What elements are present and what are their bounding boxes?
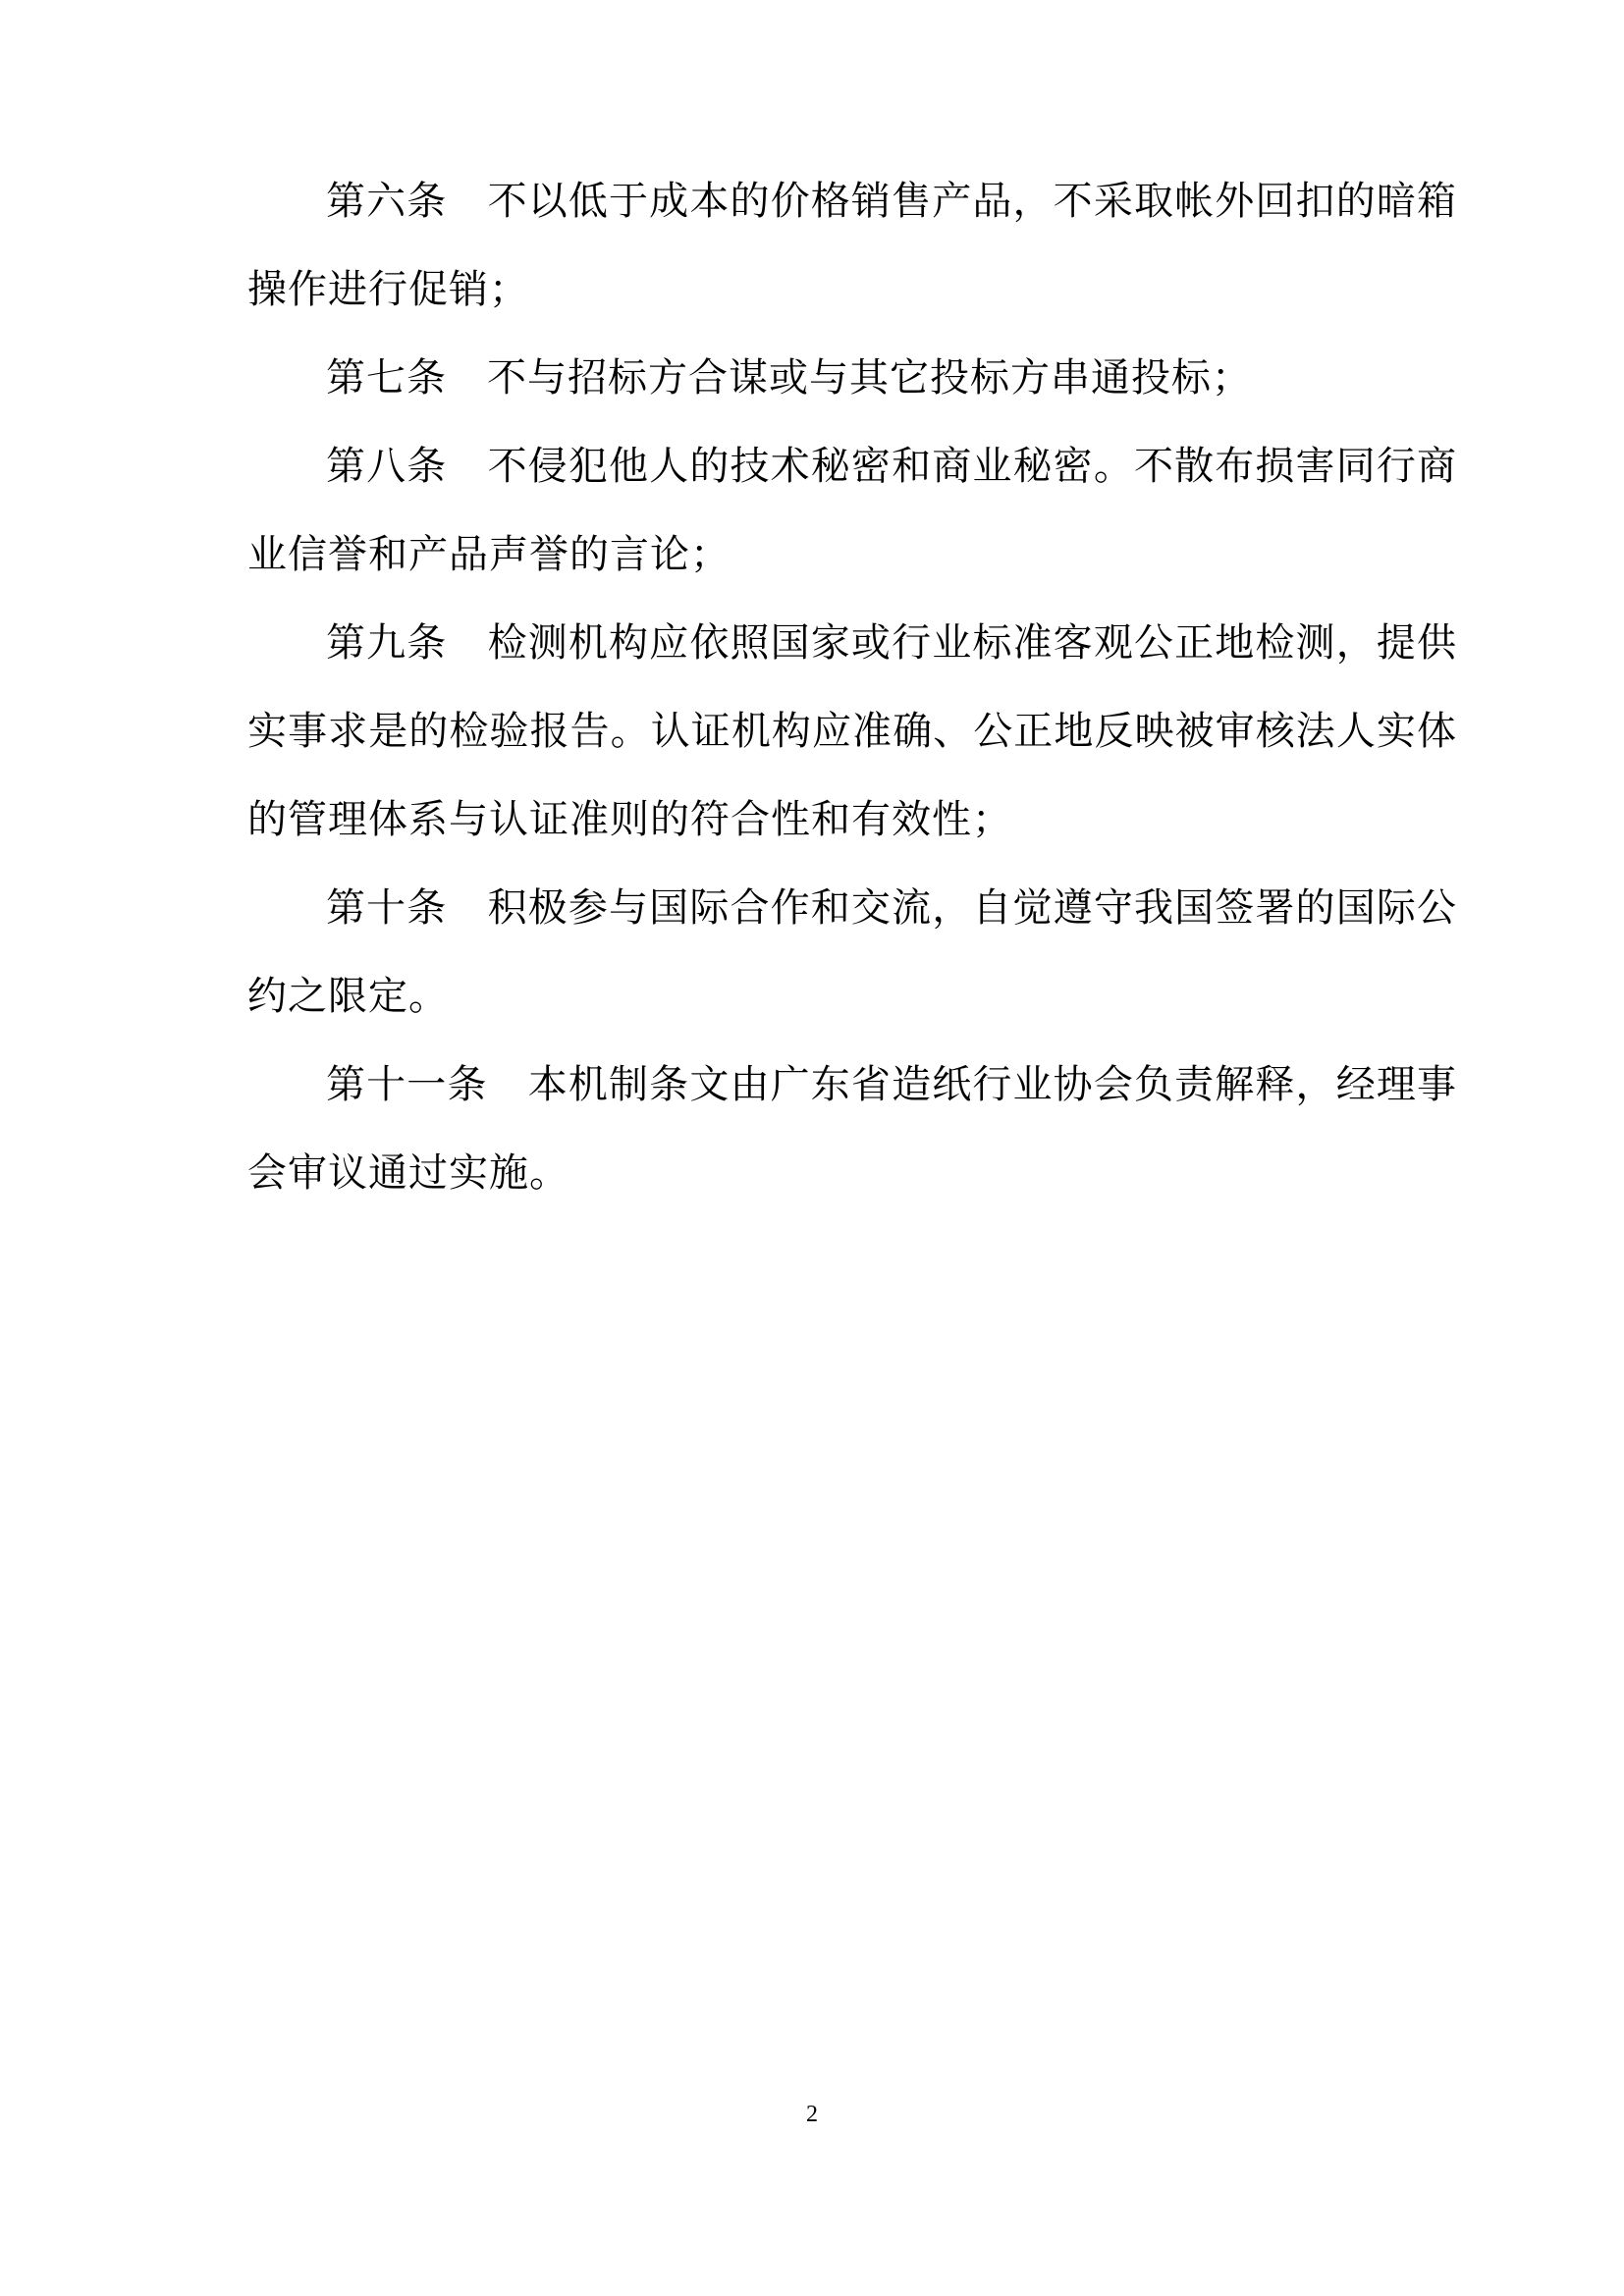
text-line: 的管理体系与认证准则的符合性和有效性；: [247, 775, 1457, 864]
paragraph-article-8: 第八条 不侵犯他人的技术秘密和商业秘密。不散布损害同行商 业信誉和产品声誉的言论…: [247, 422, 1457, 599]
text-line: 第十条 积极参与国际合作和交流，自觉遵守我国签署的国际公: [247, 864, 1457, 952]
paragraph-article-11: 第十一条 本机制条文由广东省造纸行业协会负责解释，经理事 会审议通过实施。: [247, 1041, 1457, 1217]
document-body: 第六条 不以低于成本的价格销售产品，不采取帐外回扣的暗箱 操作进行促销； 第七条…: [247, 157, 1457, 1217]
text-line: 第九条 检测机构应依照国家或行业标准客观公正地检测，提供: [247, 599, 1457, 687]
text-line: 第八条 不侵犯他人的技术秘密和商业秘密。不散布损害同行商: [247, 422, 1457, 510]
text-line: 第七条 不与招标方合谋或与其它投标方串通投标；: [247, 334, 1457, 422]
text-line: 实事求是的检验报告。认证机构应准确、公正地反映被审核法人实体: [247, 687, 1457, 775]
text-line: 约之限定。: [247, 952, 1457, 1041]
text-line: 第六条 不以低于成本的价格销售产品，不采取帐外回扣的暗箱: [247, 157, 1457, 245]
text-line: 第十一条 本机制条文由广东省造纸行业协会负责解释，经理事: [247, 1041, 1457, 1129]
document-page: 第六条 不以低于成本的价格销售产品，不采取帐外回扣的暗箱 操作进行促销； 第七条…: [0, 0, 1624, 2296]
text-line: 会审议通过实施。: [247, 1129, 1457, 1217]
paragraph-article-6: 第六条 不以低于成本的价格销售产品，不采取帐外回扣的暗箱 操作进行促销；: [247, 157, 1457, 334]
page-number: 2: [0, 2099, 1624, 2130]
text-line: 业信誉和产品声誉的言论；: [247, 510, 1457, 599]
text-line: 操作进行促销；: [247, 245, 1457, 334]
paragraph-article-7: 第七条 不与招标方合谋或与其它投标方串通投标；: [247, 334, 1457, 422]
paragraph-article-10: 第十条 积极参与国际合作和交流，自觉遵守我国签署的国际公 约之限定。: [247, 864, 1457, 1041]
paragraph-article-9: 第九条 检测机构应依照国家或行业标准客观公正地检测，提供 实事求是的检验报告。认…: [247, 599, 1457, 864]
